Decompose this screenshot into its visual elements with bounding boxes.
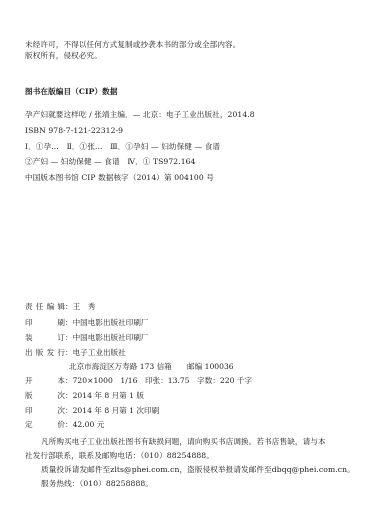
credit-row-publisher: 出版发行：电子工业出版社 [25,348,126,358]
cip-heading: 图书在版编目（CIP）数据 [25,87,118,97]
colon: ： [65,376,73,386]
colon: ： [65,348,73,358]
colon: ： [65,391,73,401]
colon: ： [65,406,73,416]
rights-reserved-line: 版权所有，侵权必究。 [25,51,102,61]
notice-paragraph-1-line-2: 社发行部联系，联系及邮购电话：（010）88254888。 [25,451,214,461]
publisher-address: 北京市海淀区万寿路 173 信箱 邮编 100036 [69,362,234,372]
credit-value: 42.00 元 [73,420,105,430]
notice-paragraph-1-line-1: 凡所购买电子工业出版社图书有缺损问题，请向购买书店调换。若书店售缺，请与本 [25,437,326,447]
credit-label: 版 次 [25,391,65,401]
credit-value: 中国电影出版社印刷厂 [73,318,149,328]
cip-library-record: 中国版本图书馆 CIP 数据核字（2014）第 004100 号 [25,173,214,183]
colon: ： [65,318,73,328]
notice-paragraph-3: 服务热线：（010）88258888。 [25,479,153,489]
credit-label: 责任编辑 [25,302,65,312]
credit-label: 开 本 [25,376,65,386]
credit-label: 定 价 [25,420,65,430]
credit-row-binding: 装 订：中国电影出版社印刷厂 [25,333,149,343]
credit-value: 电子工业出版社 [73,348,126,358]
credit-value: 王 秀 [73,302,96,312]
credit-value: 2014 年 8 月第 1 版 [73,391,144,401]
colon: ： [65,302,73,312]
credit-row-printing: 印 刷：中国电影出版社印刷厂 [25,318,149,328]
credit-row-impression: 印 次：2014 年 8 月第 1 次印刷 [25,406,159,416]
credit-row-address: 北京市海淀区万寿路 173 信箱 邮编 100036 [25,362,234,372]
cip-classification-line-2: ②产妇 — 妇幼保健 — 食谱 Ⅳ．① TS972.164 [25,157,196,167]
credit-row-format: 开 本：720×1000 1/16 印张：13.75 字数：220 千字 [25,376,252,386]
credit-label: 印 刷 [25,318,65,328]
credit-label: 装 订 [25,333,65,343]
credit-label: 出版发行 [25,348,65,358]
credit-row-price: 定 价：42.00 元 [25,420,104,430]
colon: ： [65,420,73,430]
colon: ： [65,333,73,343]
copyright-notice-line: 未经许可，不得以任何方式复制或抄袭本书的部分或全部内容。 [25,40,240,50]
credit-value: 720×1000 1/16 印张：13.75 字数：220 千字 [73,376,252,386]
cip-classification-line-1: Ⅰ．①孕… Ⅱ．①张… Ⅲ．①孕妇 — 妇幼保健 — 食谱 [25,142,220,152]
credit-row-editor: 责任编辑：王 秀 [25,302,95,312]
credit-label: 印 次 [25,406,65,416]
cip-isbn: ISBN 978-7-121-22312-9 [25,126,123,136]
cip-title-line: 孕产妇就要这样吃 / 张靖主编．— 北京：电子工业出版社，2014.8 [25,110,255,120]
credit-value: 2014 年 8 月第 1 次印刷 [73,406,160,416]
notice-paragraph-2: 质量投诉请发邮件至zlts@phei.com.cn，盗版侵权举报请发邮件至dbq… [25,465,355,475]
credit-value: 中国电影出版社印刷厂 [73,333,149,343]
credit-row-edition: 版 次：2014 年 8 月第 1 版 [25,391,144,401]
